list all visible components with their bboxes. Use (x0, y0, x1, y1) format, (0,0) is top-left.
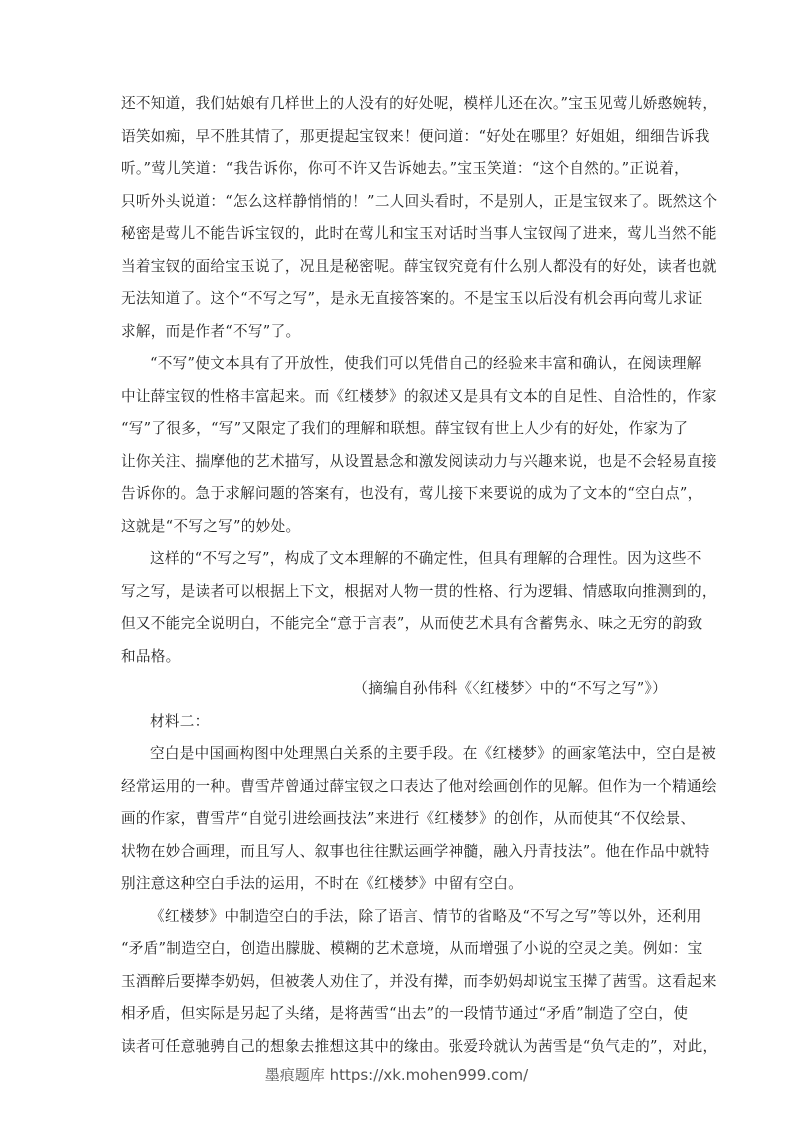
text-line: 中让薛宝钗的性格丰富起来。而《红楼梦》的叙述又是具有文本的自足性、自洽性的，作家 (121, 381, 673, 414)
paragraph-start: 《红楼梦》中制造空白的手法，除了语言、情节的省略及“不写之写”等以外，还利用 (121, 901, 673, 934)
text-line: 画的作家，曹雪芹“自觉引进绘画技法”来进行《红楼梦》的创作，从而使其“不仅绘景、 (121, 803, 673, 836)
paragraph-start: “不写”使文本具有了开放性，使我们可以凭借自己的经验来丰富和确认，在阅读理解 (121, 348, 673, 381)
text-line: 秘密是莺儿不能告诉宝钗的，此时在莺儿和宝玉对话时当事人宝钗闯了进来，莺儿当然不能 (121, 218, 673, 251)
text-line: 听。”莺儿笑道：“我告诉你，你可不许又告诉她去。”宝玉笑道：“这个自然的。”正说… (121, 153, 673, 186)
text-line: 玉酒醉后要撵李奶妈，但被袭人劝住了，并没有撵，而李奶妈却说宝玉撵了茜雪。这看起来 (121, 966, 673, 999)
text-line: 状物在妙合画理，而且写人、叙事也往往默运画学神髓，融入丹青技法”。他在作品中就特 (121, 836, 673, 869)
paragraph-start: 空白是中国画构图中处理黑白关系的主要手段。在《红楼梦》的画家笔法中，空白是被 (121, 738, 673, 771)
paragraph-start: 这样的“不写之写”，构成了文本理解的不确定性，但具有理解的合理性。因为这些不 (121, 543, 673, 576)
material-two-heading: 材料二： (121, 706, 673, 739)
text-line: 经常运用的一种。曹雪芹曾通过薛宝钗之口表达了他对绘画创作的见解。但作为一个精通绘 (121, 771, 673, 804)
text-line: “矛盾”制造空白，创造出朦胧、模糊的艺术意境，从而增强了小说的空灵之美。例如：宝 (121, 933, 673, 966)
text-line: 这就是“不写之写”的妙处。 (121, 511, 673, 544)
text-line: 求解，而是作者“不写”了。 (121, 316, 673, 349)
text-line: 当着宝钗的面给宝玉说了，况且是秘密呢。薛宝钗究竟有什么别人都没有的好处，读者也就 (121, 251, 673, 284)
text-line: 告诉你的。急于求解问题的答案有，也没有，莺儿接下来要说的成为了文本的“空白点”， (121, 478, 673, 511)
footer-watermark: 墨痕题库 https://xk.mohen999.com/ (0, 1064, 793, 1085)
text-line: 无法知道了。这个“不写之写”，是永无直接答案的。不是宝玉以后没有机会再向莺儿求证 (121, 283, 673, 316)
text-line: 读者可任意驰骋自己的想象去推想这其中的缘由。张爱玲就认为茜雪是“负气走的”，对此… (121, 1031, 673, 1064)
source-citation: （摘编自孙伟科《〈红楼梦〉中的“不写之写”》） (121, 673, 673, 706)
text-line: 但又不能完全说明白，不能完全“意于言表”，从而使艺术具有含蓄隽永、味之无穷的韵致 (121, 608, 673, 641)
text-line: “写”了很多，“写”又限定了我们的理解和联想。薛宝钗有世上人少有的好处，作家为了 (121, 413, 673, 446)
text-line: 和品格。 (121, 641, 673, 674)
text-line: 写之写，是读者可以根据上下文，根据对人物一贯的性格、行为逻辑、情感取向推测到的， (121, 576, 673, 609)
text-line: 只听外头说道：“怎么这样静悄悄的！”二人回头看时，不是别人，正是宝钗来了。既然这… (121, 186, 673, 219)
text-line: 语笑如痴，早不胜其情了，那更提起宝钗来！便问道：“好处在哪里？好姐姐，细细告诉我 (121, 121, 673, 154)
document-page: 还不知道，我们姑娘有几样世上的人没有的好处呢，模样儿还在次。”宝玉见莺儿娇憨婉转… (121, 88, 673, 1063)
text-line: 相矛盾，但实际是另起了头绪，是将茜雪“出去”的一段情节通过“矛盾”制造了空白，使 (121, 998, 673, 1031)
text-line: 还不知道，我们姑娘有几样世上的人没有的好处呢，模样儿还在次。”宝玉见莺儿娇憨婉转… (121, 88, 673, 121)
text-line: 让你关注、揣摩他的艺术描写，从设置悬念和激发阅读动力与兴趣来说，也是不会轻易直接 (121, 446, 673, 479)
text-line: 别注意这种空白手法的运用，不时在《红楼梦》中留有空白。 (121, 868, 673, 901)
